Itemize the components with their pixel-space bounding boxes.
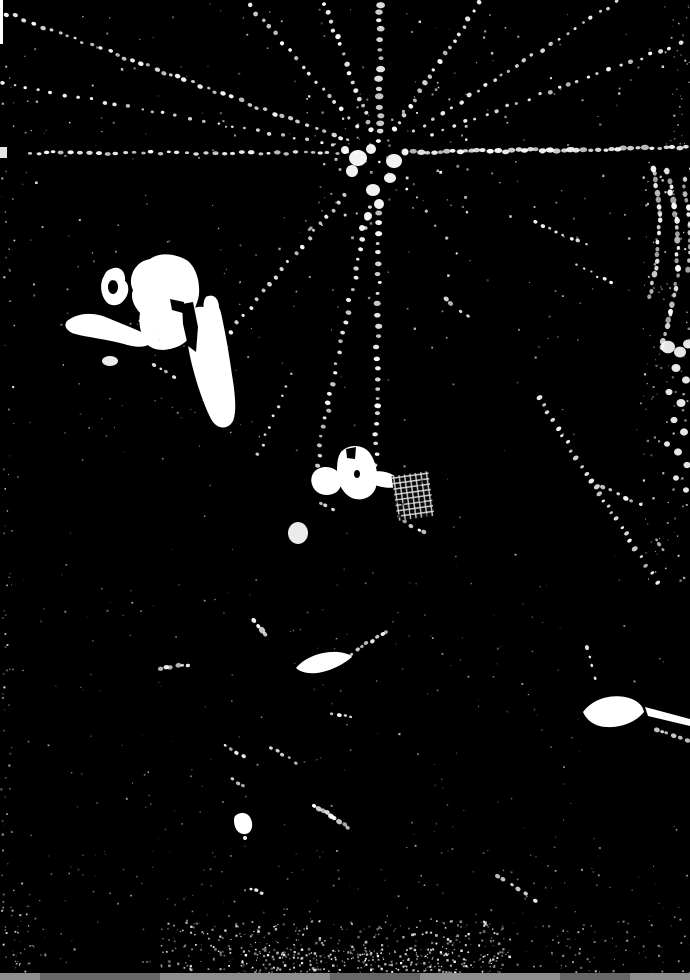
photo-canvas bbox=[0, 0, 690, 980]
photo bbox=[0, 0, 690, 980]
book bbox=[392, 471, 435, 521]
bottom-strip bbox=[0, 973, 690, 980]
